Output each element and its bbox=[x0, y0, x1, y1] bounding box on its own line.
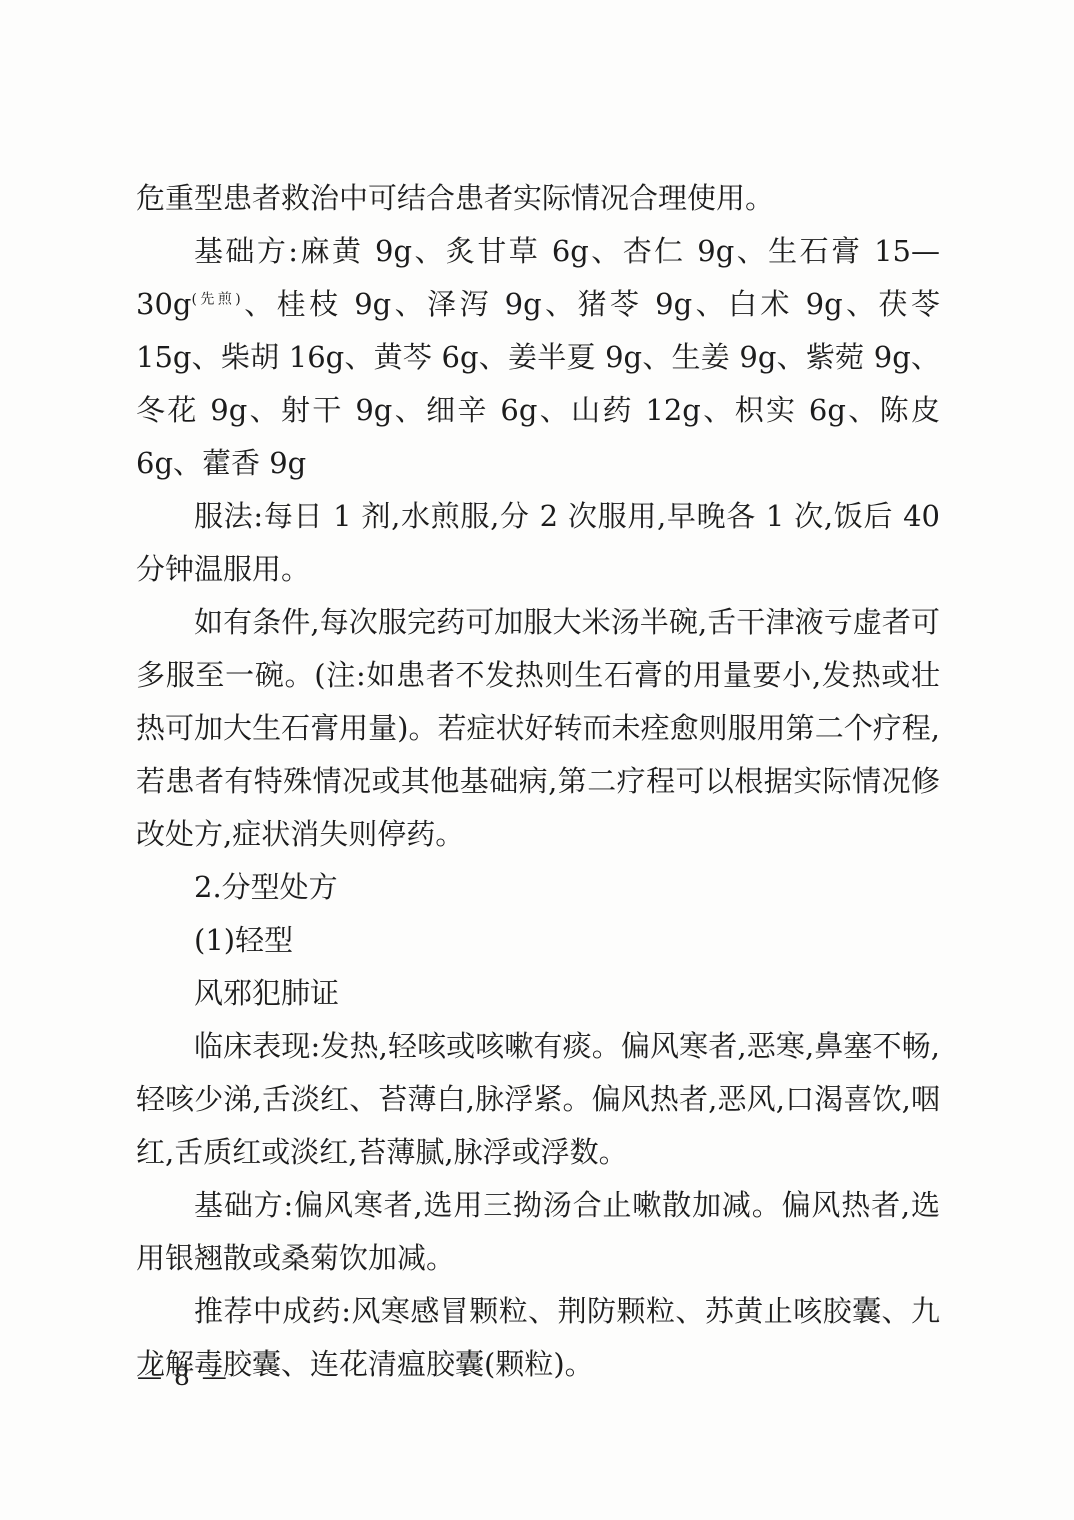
decoction-note-superscript: (先煎) bbox=[191, 291, 240, 307]
paragraph-dosage-instructions: 服法:每日 1 剂,水煎服,分 2 次服用,早晚各 1 次,饭后 40 分钟温服… bbox=[136, 490, 940, 596]
base-formula-text-continued: 、桂枝 9g、泽泻 9g、猪苓 9g、白术 9g、茯苓 15g、柴胡 16g、黄… bbox=[136, 287, 940, 480]
paragraph-recommended-patent-medicines: 推荐中成药:风寒感冒颗粒、荆防颗粒、苏黄止咳胶囊、九龙解毒胶囊、连花清瘟胶囊(颗… bbox=[136, 1285, 940, 1391]
paragraph-clinical-manifestations: 临床表现:发热,轻咳或咳嗽有痰。偏风寒者,恶寒,鼻塞不畅,轻咳少涕,舌淡红、苔薄… bbox=[136, 1020, 940, 1179]
heading-syndrome-wind-invading-lung: 风邪犯肺证 bbox=[136, 967, 940, 1020]
page-number: — 8 — bbox=[137, 1362, 229, 1391]
paragraph-base-formula: 基础方:麻黄 9g、炙甘草 6g、杏仁 9g、生石膏 15—30g(先煎)、桂枝… bbox=[136, 225, 940, 490]
paragraph-additional-notes: 如有条件,每次服完药可加服大米汤半碗,舌干津液亏虚者可多服至一碗。(注:如患者不… bbox=[136, 596, 940, 861]
document-body: 危重型患者救治中可结合患者实际情况合理使用。 基础方:麻黄 9g、炙甘草 6g、… bbox=[136, 172, 940, 1391]
paragraph-base-formula-mild: 基础方:偏风寒者,选用三拗汤合止嗽散加减。偏风热者,选用银翘散或桑菊饮加减。 bbox=[136, 1179, 940, 1285]
document-page: 危重型患者救治中可结合患者实际情况合理使用。 基础方:麻黄 9g、炙甘草 6g、… bbox=[0, 0, 1074, 1520]
paragraph-critical-usage: 危重型患者救治中可结合患者实际情况合理使用。 bbox=[136, 172, 940, 225]
heading-section-typed-prescriptions: 2.分型处方 bbox=[136, 861, 940, 914]
heading-subsection-mild-type: (1)轻型 bbox=[136, 914, 940, 967]
